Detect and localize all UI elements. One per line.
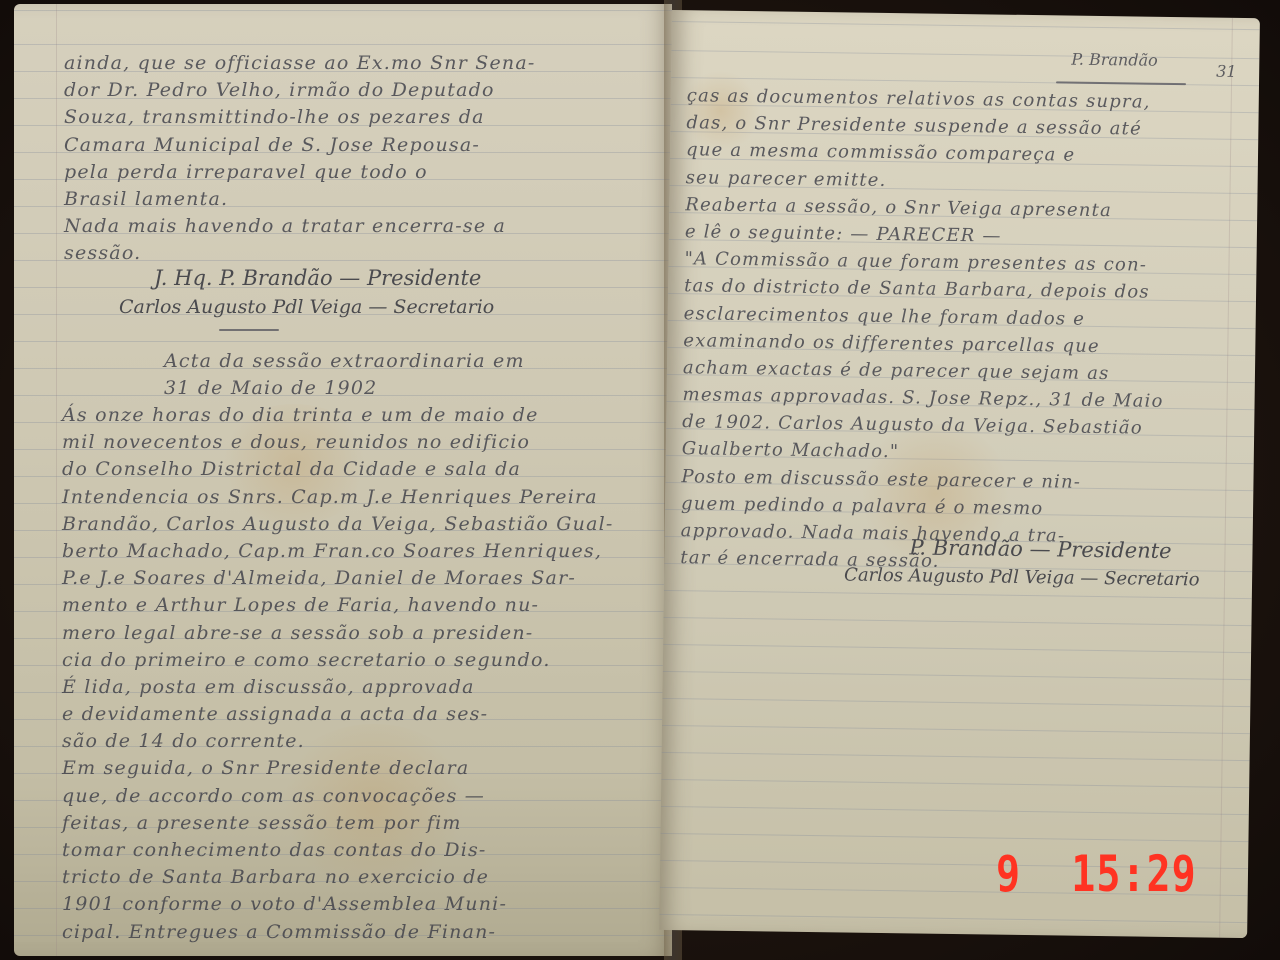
text-line: Ás onze horas do dia trinta e um de maio…: [62, 402, 614, 429]
text-line: que, de accordo com as convocações —: [62, 783, 614, 810]
text-line: dor Dr. Pedro Velho, irmão do Deputado: [64, 77, 535, 104]
text-line: sessão.: [64, 240, 535, 267]
text-line: berto Machado, Cap.m Fran.co Soares Henr…: [62, 538, 614, 565]
running-head: P. Brandão: [1071, 50, 1158, 70]
signature-president: P. Brandão — Presidente: [909, 535, 1171, 563]
text-line: P.e J.e Soares d'Almeida, Daniel de Mora…: [62, 565, 614, 592]
signature-name: Carlos Augusto Pdl Veiga: [844, 564, 1075, 588]
heading-line: Acta da sessão extraordinaria em: [164, 348, 525, 375]
camera-timestamp-overlay: 9 15:29: [996, 846, 1197, 904]
text-line: Intendencia os Snrs. Cap.m J.e Henriques…: [62, 484, 614, 511]
text-line: Em seguida, o Snr Presidente declara: [62, 755, 614, 782]
session-heading: Acta da sessão extraordinaria em 31 de M…: [164, 348, 525, 402]
signature-role: Presidente: [1057, 537, 1172, 563]
signature-secretary: Carlos Augusto Pdl Veiga — Secretario: [119, 296, 494, 318]
divider-flourish: [219, 329, 279, 331]
text-line: 1901 conforme o voto d'Assemblea Muni-: [62, 891, 614, 918]
heading-line: 31 de Maio de 1902: [164, 375, 525, 402]
left-page: ainda, que se officiasse ao Ex.mo Snr Se…: [14, 4, 672, 956]
text-line: mento e Arthur Lopes de Faria, havendo n…: [62, 592, 614, 619]
ledger-photo: ainda, que se officiasse ao Ex.mo Snr Se…: [0, 0, 1280, 960]
text-line: pela perda irreparavel que todo o: [64, 159, 535, 186]
text-line: tricto de Santa Barbara no exercicio de: [62, 864, 614, 891]
right-page: P. Brandão 31 ças as documentos relativo…: [659, 10, 1260, 938]
page-number-text: 31: [1216, 62, 1237, 81]
timestamp-time: 15:29: [1071, 846, 1196, 904]
signature-role: Secretario: [393, 296, 494, 318]
signature-name: J. Hq. P. Brandão: [154, 266, 333, 290]
text-line: do Conselho Districtal da Cidade e sala …: [62, 456, 614, 483]
margin-line: [56, 4, 57, 956]
handwritten-text-block-body: Ás onze horas do dia trinta e um de maio…: [62, 402, 614, 946]
text-line: Brasil lamenta.: [64, 186, 535, 213]
text-line: cipal. Entregues a Commissão de Finan-: [62, 919, 614, 946]
text-line: É lida, posta em discussão, approvada: [62, 674, 614, 701]
text-line: cia do primeiro e como secretario o segu…: [62, 647, 614, 674]
timestamp-day: 9: [996, 846, 1021, 904]
signature-role: Secretario: [1104, 568, 1200, 590]
handwritten-text-block-top: ainda, que se officiasse ao Ex.mo Snr Se…: [64, 50, 535, 268]
text-line: Camara Municipal de S. Jose Repousa-: [64, 132, 535, 159]
text-line: Brandão, Carlos Augusto da Veiga, Sebast…: [62, 511, 614, 538]
text-line: e devidamente assignada a acta da ses-: [62, 701, 614, 728]
running-head-text: P. Brandão: [1071, 50, 1158, 70]
signature-name: Carlos Augusto Pdl Veiga: [119, 296, 362, 318]
text-line: tomar conhecimento das contas do Dis-: [62, 837, 614, 864]
page-number: 31: [1216, 62, 1237, 81]
text-line: ainda, que se officiasse ao Ex.mo Snr Se…: [64, 50, 535, 77]
text-line: feitas, a presente sessão tem por fim: [62, 810, 614, 837]
handwritten-text-block: ças as documentos relativos as contas su…: [680, 82, 1168, 578]
text-line: mil novecentos e dous, reunidos no edifi…: [62, 429, 614, 456]
signature-role: Presidente: [367, 266, 481, 290]
text-line: Souza, transmittindo-lhe os pezares da: [64, 104, 535, 131]
signature-name: P. Brandão: [909, 535, 1023, 561]
text-line: Nada mais havendo a tratar encerra-se a: [64, 213, 535, 240]
text-line: são de 14 do corrente.: [62, 728, 614, 755]
text-line: mero legal abre-se a sessão sob a presid…: [62, 620, 614, 647]
signature-president: J. Hq. P. Brandão — Presidente: [154, 266, 481, 290]
